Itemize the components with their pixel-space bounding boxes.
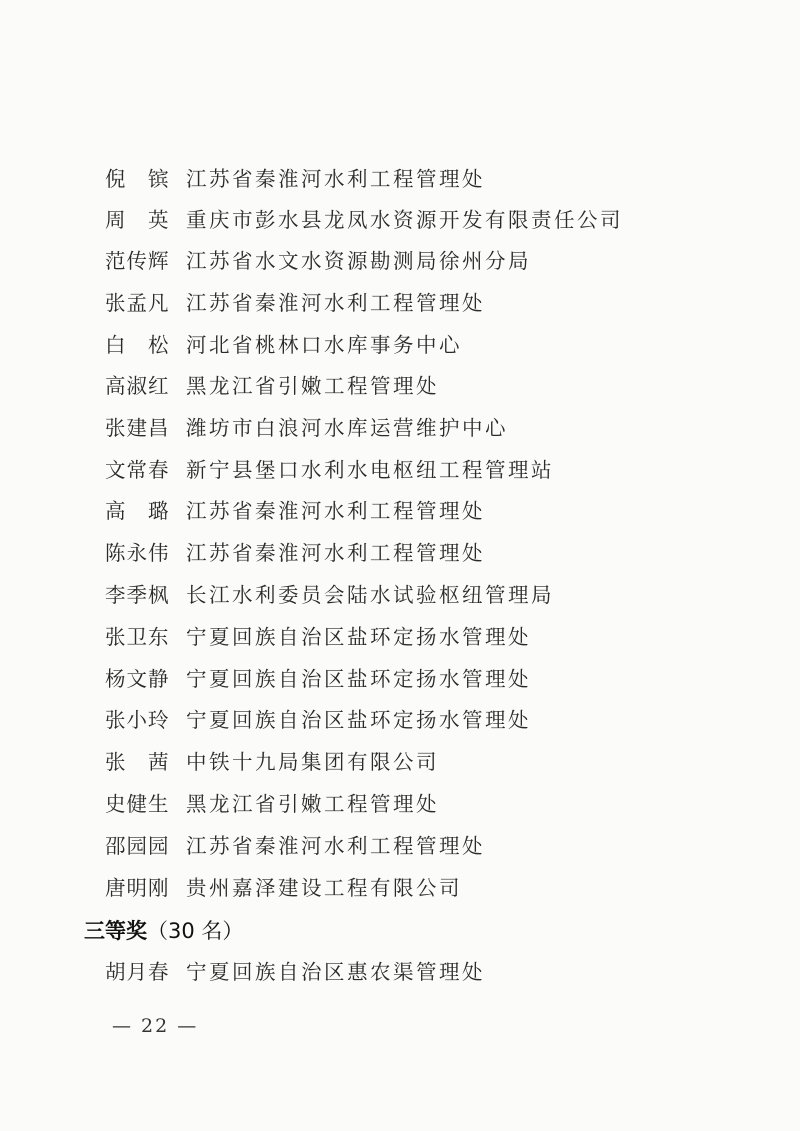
- awardee-organization: 河北省桃林口水库事务中心: [186, 330, 462, 360]
- list-item: 张卫东宁夏回族自治区盐环定扬水管理处: [105, 622, 531, 652]
- awardee-organization: 江苏省秦淮河水利工程管理处: [186, 538, 485, 568]
- awardee-name: 史健生: [105, 789, 173, 819]
- section-title: 三等奖: [84, 919, 147, 943]
- list-item: 文常春新宁县堡口水利水电枢纽工程管理站: [105, 455, 554, 485]
- list-item: 陈永伟江苏省秦淮河水利工程管理处: [105, 538, 485, 568]
- awardee-name: 范传辉: [105, 246, 173, 276]
- awardee-name: 白 松: [105, 330, 173, 360]
- awardee-organization: 江苏省秦淮河水利工程管理处: [186, 288, 485, 318]
- list-item: 张小玲宁夏回族自治区盐环定扬水管理处: [105, 705, 531, 735]
- list-item: 杨文静宁夏回族自治区盐环定扬水管理处: [105, 664, 531, 694]
- section-count: （30 名）: [147, 919, 243, 943]
- awardee-name: 张孟凡: [105, 288, 173, 318]
- awardee-name: 邵园园: [105, 831, 173, 861]
- list-item: 张 茜中铁十九局集团有限公司: [105, 747, 439, 777]
- awardee-name: 张建昌: [105, 413, 173, 443]
- awardee-name: 胡月春: [105, 957, 173, 987]
- awardee-organization: 重庆市彭水县龙凤水资源开发有限责任公司: [186, 205, 623, 235]
- list-item: 倪 镔江苏省秦淮河水利工程管理处: [105, 164, 485, 194]
- awardee-name: 倪 镔: [105, 164, 173, 194]
- awardee-organization: 长江水利委员会陆水试验枢纽管理局: [186, 580, 554, 610]
- awardee-name: 杨文静: [105, 664, 173, 694]
- awardee-organization: 黑龙江省引嫩工程管理处: [186, 371, 439, 401]
- awardee-organization: 江苏省秦淮河水利工程管理处: [186, 831, 485, 861]
- awardee-name: 周 英: [105, 205, 173, 235]
- awardee-organization: 江苏省水文水资源勘测局徐州分局: [186, 246, 531, 276]
- awardee-organization: 黑龙江省引嫩工程管理处: [186, 789, 439, 819]
- section-heading: 三等奖（30 名）: [84, 916, 243, 946]
- awardee-organization: 江苏省秦淮河水利工程管理处: [186, 496, 485, 526]
- awardee-name: 高淑红: [105, 371, 173, 401]
- awardee-organization: 新宁县堡口水利水电枢纽工程管理站: [186, 455, 554, 485]
- awardee-organization: 潍坊市白浪河水库运营维护中心: [186, 413, 508, 443]
- awardee-name: 唐明刚: [105, 873, 173, 903]
- list-item: 邵园园江苏省秦淮河水利工程管理处: [105, 831, 485, 861]
- list-item: 高 璐江苏省秦淮河水利工程管理处: [105, 496, 485, 526]
- list-item: 史健生黑龙江省引嫩工程管理处: [105, 789, 439, 819]
- list-item: 张孟凡江苏省秦淮河水利工程管理处: [105, 288, 485, 318]
- awardee-organization: 江苏省秦淮河水利工程管理处: [186, 164, 485, 194]
- awardee-name: 张小玲: [105, 705, 173, 735]
- awardee-name: 高 璐: [105, 496, 173, 526]
- awardee-name: 李季枫: [105, 580, 173, 610]
- awardee-organization: 宁夏回族自治区盐环定扬水管理处: [186, 622, 531, 652]
- list-item: 胡月春宁夏回族自治区惠农渠管理处: [105, 957, 485, 987]
- awardee-organization: 中铁十九局集团有限公司: [186, 747, 439, 777]
- list-item: 高淑红黑龙江省引嫩工程管理处: [105, 371, 439, 401]
- list-item: 李季枫长江水利委员会陆水试验枢纽管理局: [105, 580, 554, 610]
- list-item: 范传辉江苏省水文水资源勘测局徐州分局: [105, 246, 531, 276]
- awardee-organization: 宁夏回族自治区盐环定扬水管理处: [186, 705, 531, 735]
- awardee-name: 文常春: [105, 455, 173, 485]
- awardee-name: 张卫东: [105, 622, 173, 652]
- awardee-organization: 宁夏回族自治区盐环定扬水管理处: [186, 664, 531, 694]
- awardee-name: 张 茜: [105, 747, 173, 777]
- list-item: 白 松河北省桃林口水库事务中心: [105, 330, 462, 360]
- list-item: 周 英重庆市彭水县龙凤水资源开发有限责任公司: [105, 205, 623, 235]
- awardee-organization: 贵州嘉泽建设工程有限公司: [186, 873, 462, 903]
- list-item: 唐明刚贵州嘉泽建设工程有限公司: [105, 873, 462, 903]
- page-number: — 22 —: [112, 1015, 198, 1037]
- awardee-organization: 宁夏回族自治区惠农渠管理处: [186, 957, 485, 987]
- awardee-name: 陈永伟: [105, 538, 173, 568]
- document-page: 倪 镔江苏省秦淮河水利工程管理处 周 英重庆市彭水县龙凤水资源开发有限责任公司 …: [0, 0, 800, 1131]
- list-item: 张建昌潍坊市白浪河水库运营维护中心: [105, 413, 508, 443]
